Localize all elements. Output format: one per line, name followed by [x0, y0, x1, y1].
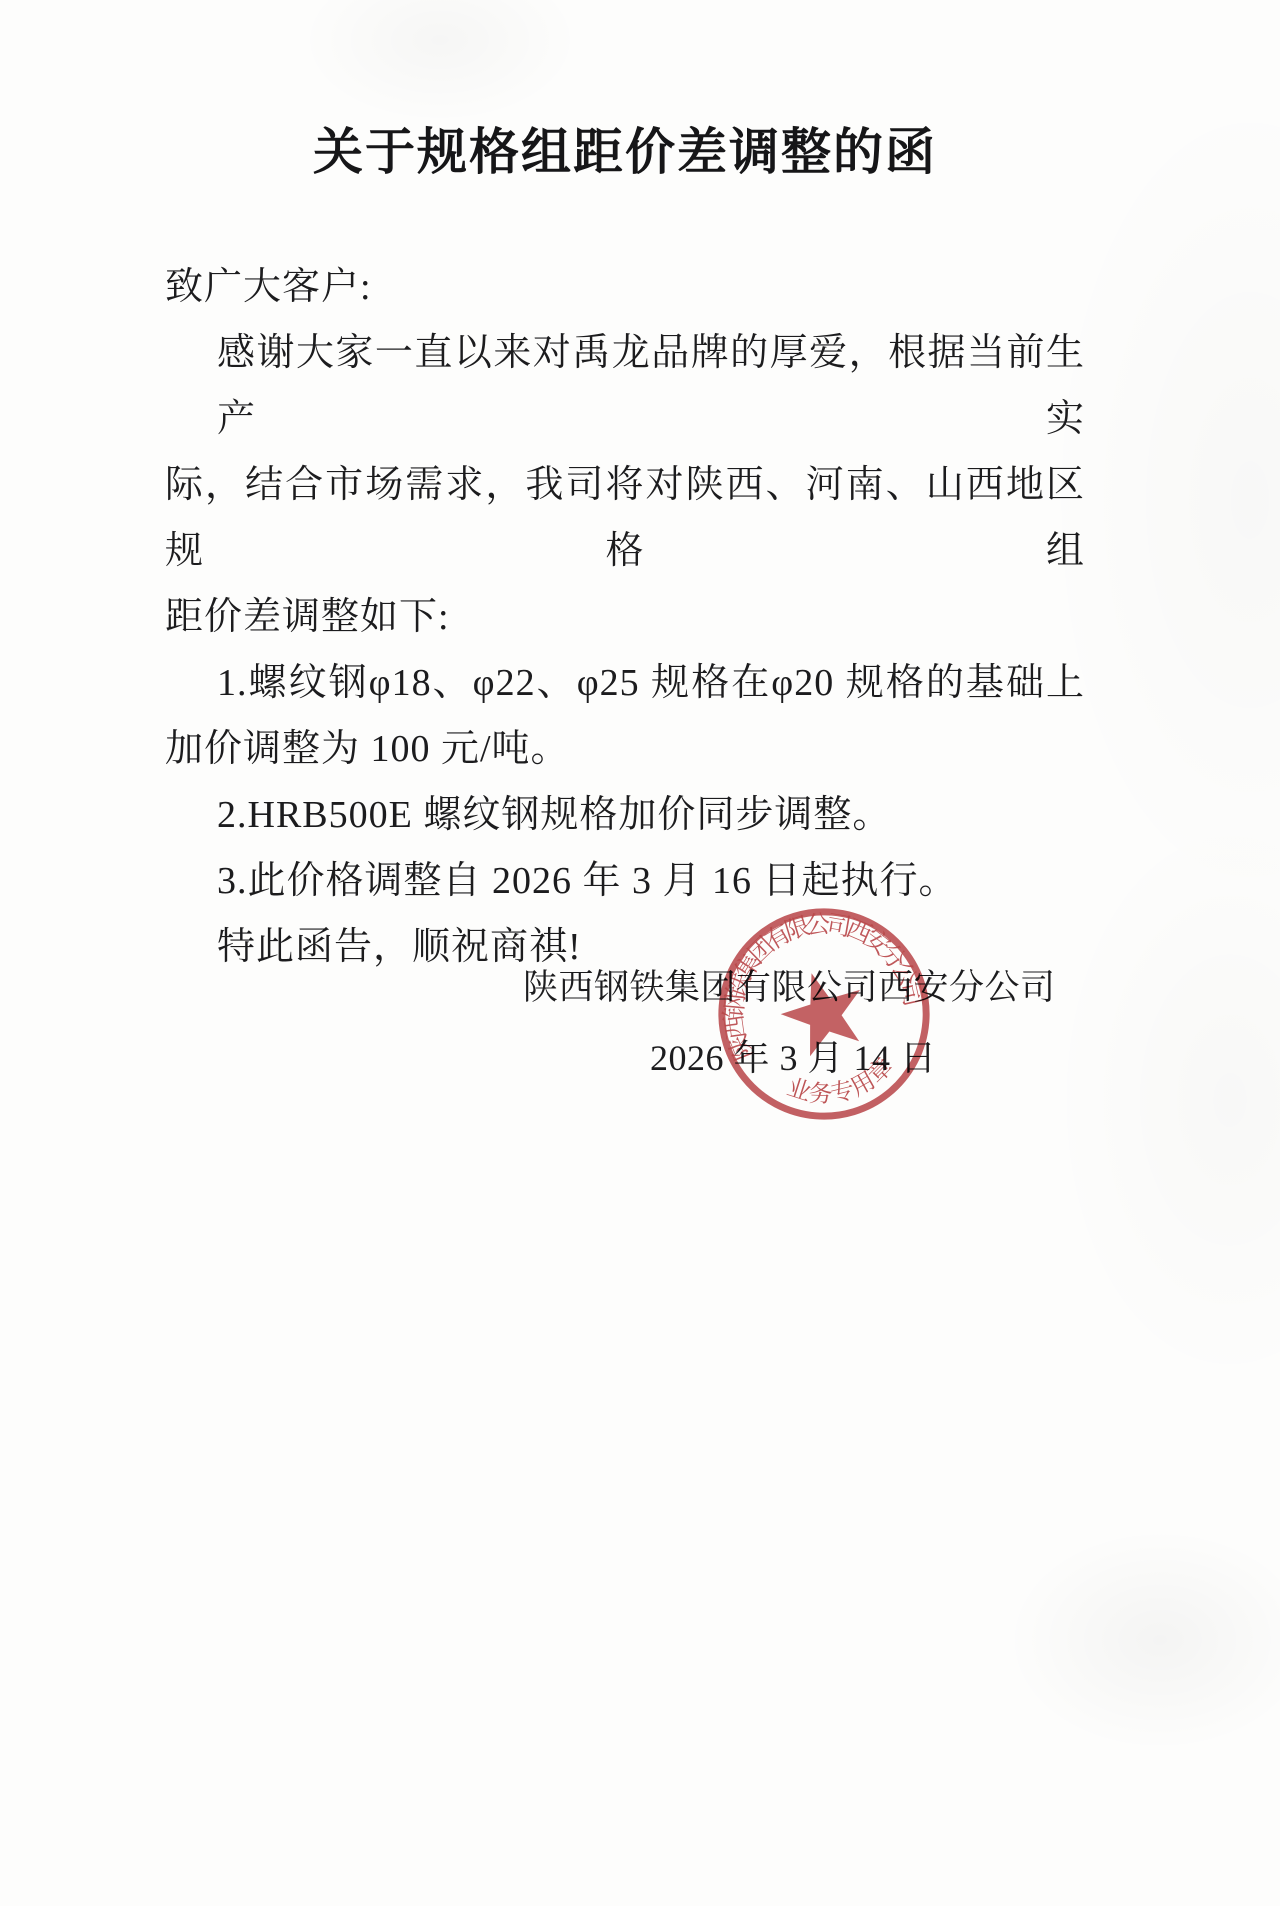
star-icon: [772, 961, 874, 1061]
scanned-letter-page: 关于规格组距价差调整的函 致广大客户: 感谢大家一直以来对禹龙品牌的厚爱，根据当…: [0, 0, 1280, 1906]
paragraph-line: 际，结合市场需求，我司将对陕西、河南、山西地区规格组: [165, 452, 1085, 584]
list-item-1-continued: 加价调整为 100 元/吨。: [165, 716, 1085, 782]
list-item-1: 1.螺纹钢φ18、φ22、φ25 规格在φ20 规格的基础上: [165, 650, 1085, 716]
company-seal-stamp: 陕西钢铁集团有限公司西安分公司 业务专用章: [705, 895, 943, 1133]
letter-title: 关于规格组距价差调整的函: [165, 120, 1085, 184]
list-item-3: 3.此价格调整自 2026 年 3 月 16 日起执行。: [165, 848, 1085, 914]
letter-paragraphs: 致广大客户: 感谢大家一直以来对禹龙品牌的厚爱，根据当前生产实 际，结合市场需求…: [165, 254, 1085, 980]
letter-body-block: 关于规格组距价差调整的函 致广大客户: 感谢大家一直以来对禹龙品牌的厚爱，根据当…: [165, 120, 1085, 980]
list-item-2: 2.HRB500E 螺纹钢规格加价同步调整。: [165, 782, 1085, 848]
salutation: 致广大客户:: [165, 254, 1085, 320]
paragraph-line: 感谢大家一直以来对禹龙品牌的厚爱，根据当前生产实: [165, 320, 1085, 452]
paragraph-line: 距价差调整如下:: [165, 584, 1085, 650]
